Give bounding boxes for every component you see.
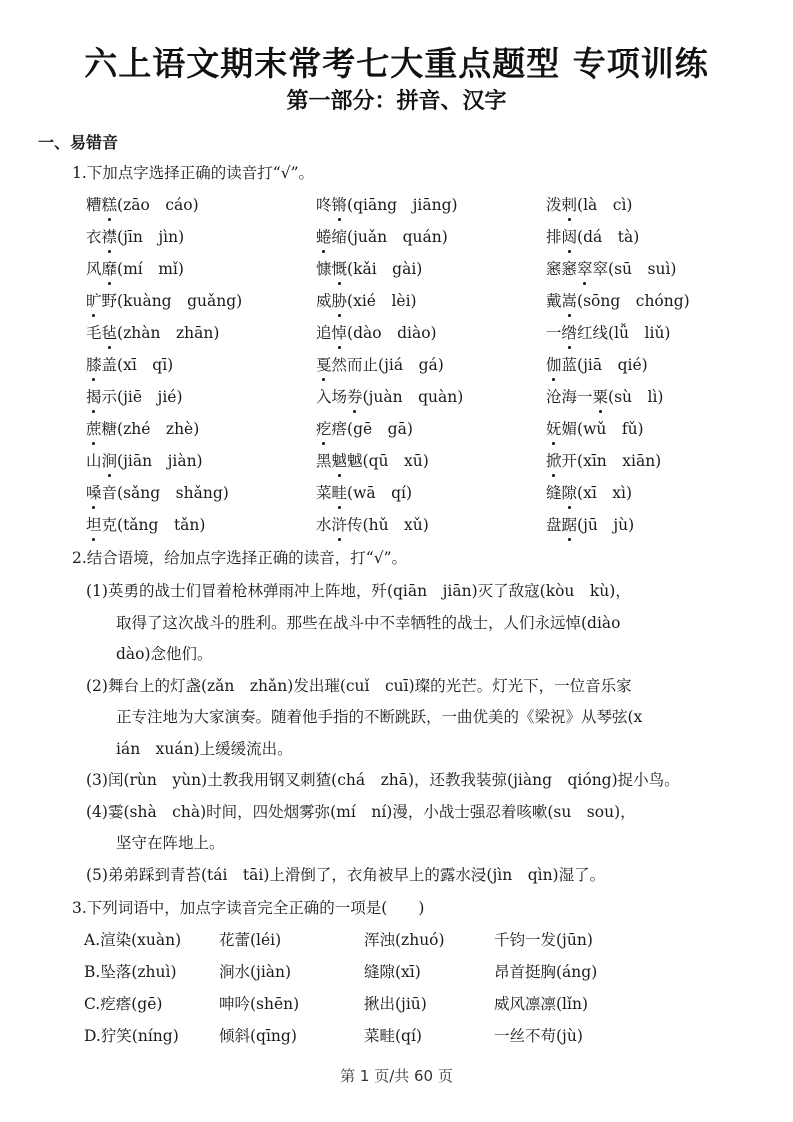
word-item: 蔗糖(zhé zhè) [86, 417, 199, 439]
word-item: 沧海一粟(sù lì) [546, 385, 663, 407]
pinyin-choices: (sōng chóng) [577, 292, 690, 310]
dotted-character: 慨 [332, 257, 348, 279]
dotted-character: 粟 [593, 385, 609, 407]
dotted-character: 剌 [562, 193, 578, 215]
dotted-character: 悼 [332, 321, 348, 343]
word-item: 掀开(xīn xiān) [546, 449, 661, 471]
dotted-character: 旷 [86, 289, 102, 311]
dotted-character: 浒 [332, 513, 348, 535]
word-row: 毛毡(zhàn zhān)追悼(dào diào)一绺红线(lǚ liǔ) [86, 321, 786, 353]
pinyin-choices: (jiē jié) [117, 388, 182, 406]
word-item: 旷野(kuàng guǎng) [86, 289, 242, 311]
dotted-character: 疙 [316, 417, 332, 439]
word-row: 风靡(mí mǐ)慷慨(kǎi gài)窸窸窣窣(sū suì) [86, 257, 786, 289]
question-1-prompt: 1.下加点字选择正确的读音打“√”。 [72, 163, 314, 183]
pinyin-choices: (zāo cáo) [117, 196, 199, 214]
pinyin-choices: (dá tà) [577, 228, 639, 246]
word-item: 山涧(jiān jiàn) [86, 449, 203, 471]
document-title: 六上语文期末常考七大重点题型 专项训练 [0, 38, 793, 85]
word-item: 蜷缩(juǎn quán) [316, 225, 448, 247]
context-sentence-item: (1)英勇的战士们冒着枪林弹雨冲上阵地，歼(qiān jiān)灭了敌寇(kòu… [86, 576, 756, 671]
pinyin-choices: (zhàn zhān) [117, 324, 219, 342]
pinyin-choices: (xīn xiān) [577, 452, 661, 470]
pinyin-choices: (zhé zhè) [117, 420, 199, 438]
pinyin-choices: (sù lì) [608, 388, 663, 406]
pinyin-choices: (jiān jiàn) [117, 452, 203, 470]
pinyin-choices: (jiā qié) [577, 356, 648, 374]
pinyin-choices: (xī qī) [117, 356, 173, 374]
word-item: 戛然而止(jiá gá) [316, 353, 444, 375]
word-row: 旷野(kuàng guǎng)威胁(xié lèi)戴嵩(sōng chóng) [86, 289, 786, 321]
word-item: 泼剌(là cì) [546, 193, 632, 215]
word-item: 伽蓝(jiā qié) [546, 353, 648, 375]
word-item: 缝隙(xī xì) [546, 481, 632, 503]
pinyin-choices: (sū suì) [608, 260, 676, 278]
question-2-prompt: 2.结合语境，给加点字选择正确的读音，打“√”。 [72, 548, 407, 568]
word-row: 山涧(jiān jiàn)黑魆魆(qū xū)掀开(xīn xiān) [86, 449, 786, 481]
word-item: 威胁(xié lèi) [316, 289, 417, 311]
pinyin-choices: (dào diào) [347, 324, 437, 342]
answer-option-b: B.坠落(zhuì)涧水(jiàn)缝隙(xī)昂首挺胸(áng) [84, 960, 704, 992]
dotted-character: 蔗 [86, 417, 102, 439]
pinyin-choices: (jīn jìn) [117, 228, 184, 246]
word-item: 一绺红线(lǚ liǔ) [546, 321, 670, 343]
word-row: 膝盖(xī qī)戛然而止(jiá gá)伽蓝(jiā qié) [86, 353, 786, 385]
word-row: 糟糕(zāo cáo)咚锵(qiāng jiāng)泼剌(là cì) [86, 193, 786, 225]
dotted-character: 揭 [86, 385, 102, 407]
answer-option-d: D.狞笑(níng)倾斜(qīng)菜畦(qí)一丝不苟(jù) [84, 1024, 704, 1056]
dotted-character: 嗓 [86, 481, 102, 503]
dotted-character: 踞 [562, 513, 578, 535]
context-sentence-item: (3)闰(rùn yùn)土教我用钢叉刺猹(chá zhā)，还教我装弶(jià… [86, 765, 756, 797]
dotted-character: 蜷 [316, 225, 332, 247]
word-item: 坦克(tǎng tǎn) [86, 513, 205, 535]
pinyin-choices: (jū jù) [577, 516, 634, 534]
pinyin-choices: (gē gā) [347, 420, 413, 438]
word-item: 水浒传(hǔ xǔ) [316, 513, 429, 535]
page-number: 第 1 页/共 60 页 [0, 1065, 793, 1086]
word-item: 追悼(dào diào) [316, 321, 437, 343]
dotted-character: 涧 [102, 449, 118, 471]
dotted-character: 襟 [102, 225, 118, 247]
word-item: 糟糕(zāo cáo) [86, 193, 199, 215]
dotted-character: 嵩 [562, 289, 578, 311]
context-sentence-item: (4)霎(shà chà)时间，四处烟雾弥(mí ní)漫，小战士强忍着咳嗽(s… [86, 797, 756, 860]
context-sentence-item: (5)弟弟踩到青苔(tái tāi)上滑倒了，衣角被早上的露水浸(jìn qìn… [86, 860, 756, 892]
word-item: 入场券(juàn quàn) [316, 385, 463, 407]
dotted-character: 魆 [332, 449, 348, 471]
word-row: 揭示(jiē jié)入场券(juàn quàn)沧海一粟(sù lì) [86, 385, 786, 417]
pinyin-choices: (kǎi gài) [347, 260, 422, 278]
dotted-character: 膝 [86, 353, 102, 375]
dotted-character: 券 [347, 385, 363, 407]
dotted-character: 窣 [577, 257, 593, 279]
pinyin-choices: (xī xì) [577, 484, 632, 502]
dotted-character: 毡 [102, 321, 118, 343]
context-sentence-item: (2)舞台上的灯盏(zǎn zhǎn)发出璀(cuǐ cuī)璨的光芒。灯光下，… [86, 671, 756, 766]
dotted-character: 隙 [562, 481, 578, 503]
dotted-character: 畦 [332, 481, 348, 503]
dotted-character: 妩 [546, 417, 562, 439]
pinyin-choices: (qiāng jiāng) [347, 196, 458, 214]
word-row: 蔗糖(zhé zhè)疙瘩(gē gā)妩媚(wǔ fǔ) [86, 417, 786, 449]
pinyin-choices: (jiá gá) [378, 356, 444, 374]
dotted-character: 锵 [332, 193, 348, 215]
dotted-character: 靡 [102, 257, 118, 279]
document-subtitle: 第一部分：拼音、汉字 [0, 84, 793, 115]
pinyin-choices: (qū xū) [363, 452, 429, 470]
pinyin-choices: (wā qí) [347, 484, 412, 502]
pinyin-choices: (là cì) [577, 196, 632, 214]
question-3-prompt: 3.下列词语中，加点字读音完全正确的一项是( ) [72, 898, 424, 918]
dotted-character: 闼 [562, 225, 578, 247]
word-item: 妩媚(wǔ fǔ) [546, 417, 644, 439]
pinyin-choices: (tǎng tǎn) [117, 516, 205, 534]
dotted-character: 糕 [102, 193, 118, 215]
word-item: 戴嵩(sōng chóng) [546, 289, 690, 311]
word-row: 坦克(tǎng tǎn)水浒传(hǔ xǔ)盘踞(jū jù) [86, 513, 786, 545]
word-row: 衣襟(jīn jìn)蜷缩(juǎn quán)排闼(dá tà) [86, 225, 786, 257]
word-item: 窸窸窣窣(sū suì) [546, 257, 676, 279]
word-row: 嗓音(sǎng shǎng)菜畦(wā qí)缝隙(xī xì) [86, 481, 786, 513]
word-item: 慷慨(kǎi gài) [316, 257, 422, 279]
dotted-character: 胁 [332, 289, 348, 311]
word-item: 黑魆魆(qū xū) [316, 449, 429, 471]
word-item: 揭示(jiē jié) [86, 385, 183, 407]
word-item: 咚锵(qiāng jiāng) [316, 193, 458, 215]
pinyin-choices: (lǚ liǔ) [608, 324, 670, 342]
word-item: 风靡(mí mǐ) [86, 257, 184, 279]
pinyin-choices: (wǔ fǔ) [577, 420, 644, 438]
dotted-character: 掀 [546, 449, 562, 471]
question-3-options: A.渲染(xuàn)花蕾(léi)浑浊(zhuó)千钧一发(jūn)B.坠落(z… [84, 928, 704, 1056]
pinyin-choices: (sǎng shǎng) [117, 484, 229, 502]
pinyin-choices: (hǔ xǔ) [363, 516, 429, 534]
dotted-character: 戛 [316, 353, 332, 375]
word-item: 盘踞(jū jù) [546, 513, 634, 535]
pinyin-choices: (juǎn quán) [347, 228, 448, 246]
pinyin-choices: (mí mǐ) [117, 260, 184, 278]
word-item: 衣襟(jīn jìn) [86, 225, 184, 247]
dotted-character: 伽 [546, 353, 562, 375]
pinyin-choices: (juàn quàn) [363, 388, 464, 406]
pinyin-choices: (xié lèi) [347, 292, 417, 310]
word-item: 嗓音(sǎng shǎng) [86, 481, 229, 503]
dotted-character: 绺 [562, 321, 578, 343]
word-item: 排闼(dá tà) [546, 225, 639, 247]
dotted-character: 坦 [86, 513, 102, 535]
question-2-items: (1)英勇的战士们冒着枪林弹雨冲上阵地，歼(qiān jiān)灭了敌寇(kòu… [86, 576, 756, 891]
section-heading: 一、易错音 [38, 130, 118, 153]
pinyin-choices: (kuàng guǎng) [117, 292, 242, 310]
word-item: 膝盖(xī qī) [86, 353, 173, 375]
word-item: 毛毡(zhàn zhān) [86, 321, 219, 343]
answer-option-c: C.疙瘩(gē)呻吟(shēn)揪出(jiū)威风凛凛(lǐn) [84, 992, 704, 1024]
question-1-word-grid: 糟糕(zāo cáo)咚锵(qiāng jiāng)泼剌(là cì)衣襟(jī… [86, 193, 786, 545]
word-item: 菜畦(wā qí) [316, 481, 412, 503]
answer-option-a: A.渲染(xuàn)花蕾(léi)浑浊(zhuó)千钧一发(jūn) [84, 928, 704, 960]
word-item: 疙瘩(gē gā) [316, 417, 413, 439]
